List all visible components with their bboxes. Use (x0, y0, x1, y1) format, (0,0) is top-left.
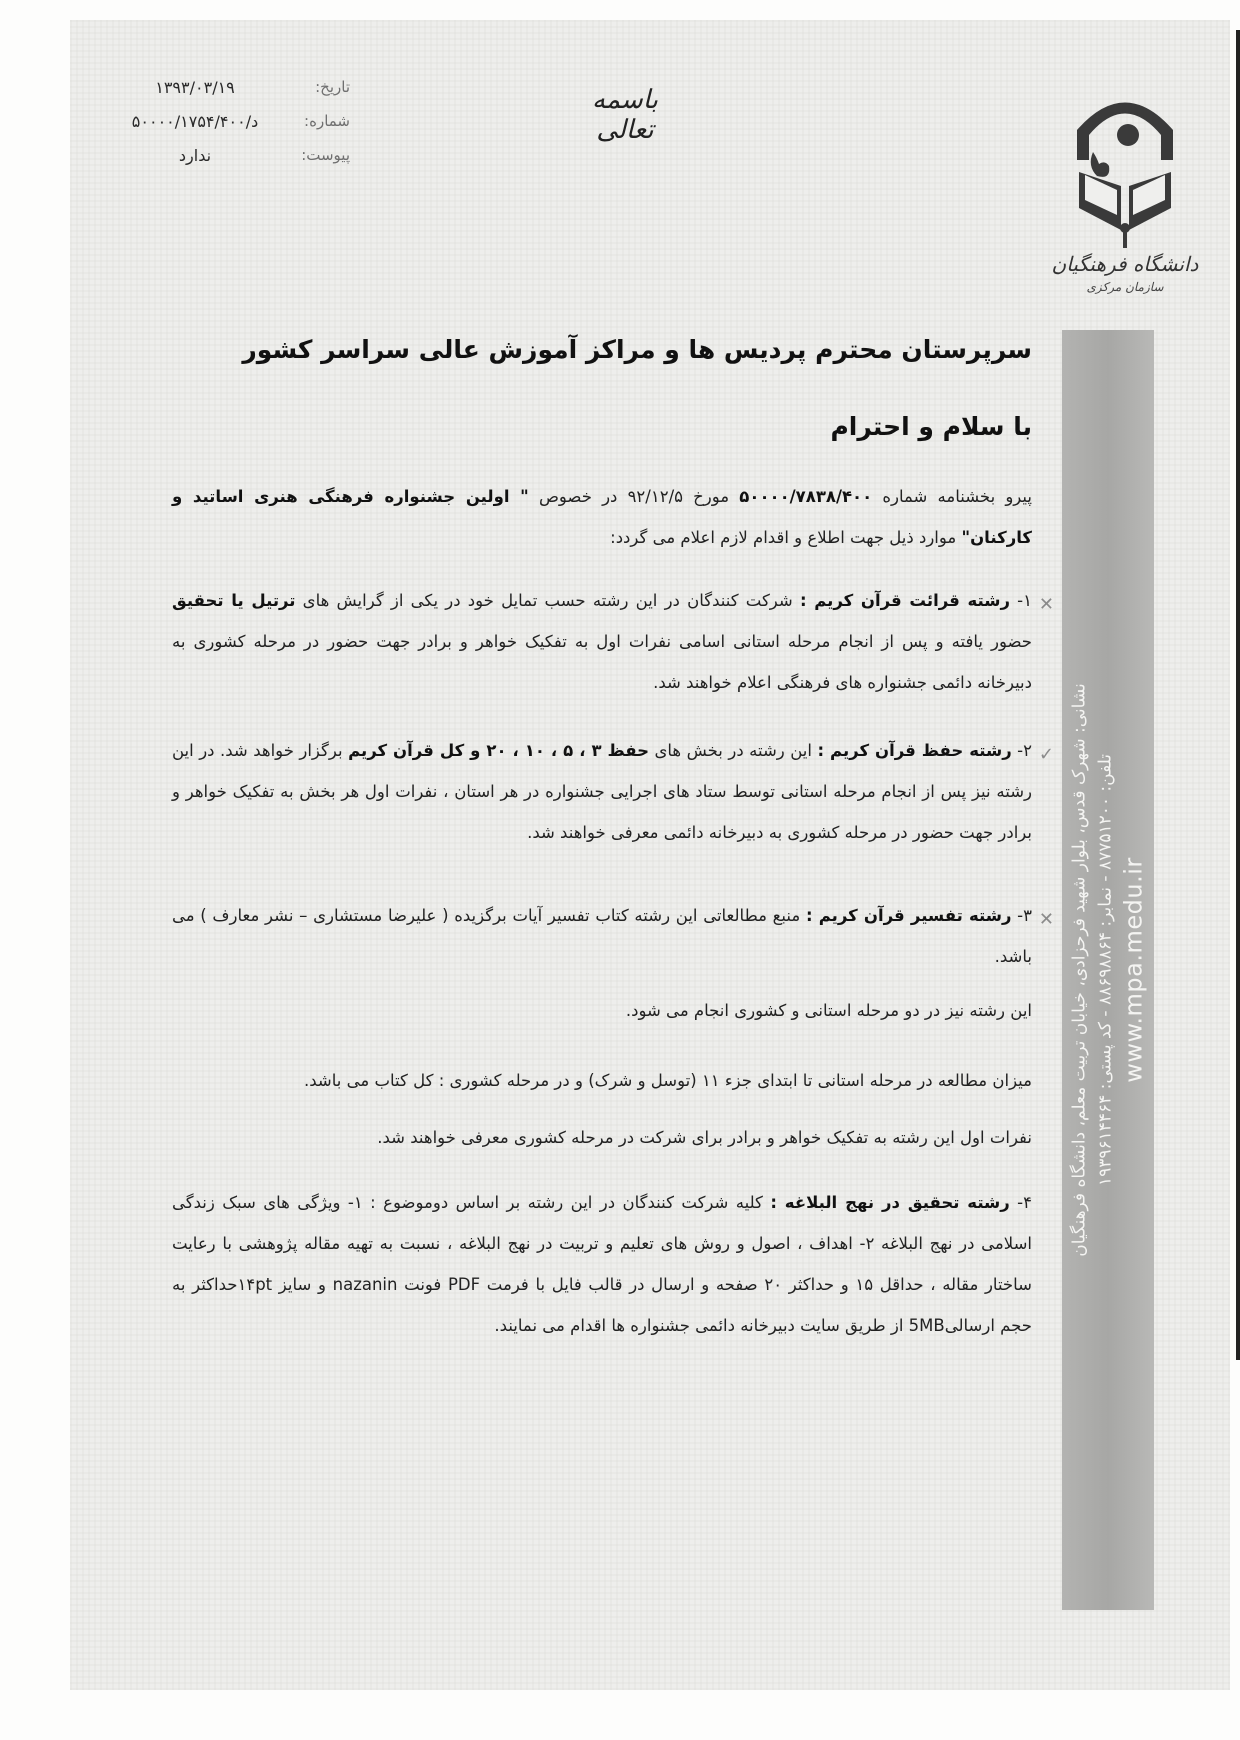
max-file-size: 5MB (909, 1316, 945, 1335)
item-title: رشته تفسیر قرآن کریم : (806, 906, 1012, 925)
font-size: ۱۴pt (237, 1275, 272, 1294)
item-quran-recitation: ✕۱- رشته قرائت قرآن کریم : شرکت کنندگان … (172, 580, 1032, 703)
recipient-heading: سرپرستان محترم پردیس ها و مراکز آموزش عا… (242, 335, 1032, 364)
item-number: ۳- (1011, 906, 1032, 925)
meta-attachment-value: ندارد (100, 146, 290, 165)
meta-number-label: شماره: (290, 112, 350, 130)
intro-prefix: پیرو بخشنامه شماره (872, 487, 1032, 506)
meta-number: شماره: د/۵۰۰۰۰/۱۷۵۴/۴۰۰ (100, 104, 350, 138)
meta-attachment-label: پیوست: (290, 146, 350, 164)
band-contact: تلفن: ۸۷۷۵۱۲۰۰ - نمابر: ۸۸۶۹۸۸۶۴ - کد پس… (1093, 683, 1119, 1256)
band-website: www.mpa.medu.ir (1119, 683, 1149, 1256)
logo-subtitle: سازمان مرکزی (1060, 280, 1190, 294)
bismillah-heading: باسمه تعالی (560, 85, 690, 145)
item-text-e: از طریق سایت دبیرخانه دائمی جشنواره ها ا… (494, 1316, 908, 1335)
meta-date-value: ۱۳۹۳/۰۳/۱۹ (100, 78, 290, 97)
side-band-text: نشانی: شهرک قدس، بلوار شهید فرحزادی، خیا… (1062, 330, 1154, 1610)
item-text-a: شرکت کنندگان در این رشته حسب تمایل خود د… (295, 591, 799, 610)
item-nahj-research: ۴- رشته تحقیق در نهج البلاغه : کلیه شرکت… (172, 1182, 1032, 1346)
item-quran-memorization: ✓۲- رشته حفظ قرآن کریم : این رشته در بخش… (172, 730, 1032, 853)
band-address: نشانی: شهرک قدس، بلوار شهید فرحزادی، خیا… (1067, 683, 1093, 1256)
scan-edge (1236, 30, 1240, 1360)
check-mark-icon: ✕ (1039, 584, 1054, 625)
item-title: رشته قرائت قرآن کریم : (800, 591, 1010, 610)
item-quran-interpretation: ✕۳- رشته تفسیر قرآن کریم : منبع مطالعاتی… (172, 895, 1032, 977)
file-format: PDF (448, 1275, 480, 1294)
meta-attachment: پیوست: ندارد (100, 138, 350, 172)
item-number: ۲- (1012, 741, 1032, 760)
intro-suffix: موارد ذیل جهت اطلاع و اقدام لازم اعلام م… (610, 528, 961, 547)
greeting-heading: با سلام و احترام (830, 412, 1032, 441)
meta-date: تاریخ: ۱۳۹۳/۰۳/۱۹ (100, 70, 350, 104)
logo-university-name: دانشگاه فرهنگیان (1050, 252, 1200, 276)
font-name: nazanin (333, 1275, 398, 1294)
item-bold-a: ترتیل یا تحقیق (172, 591, 295, 610)
item-text-c: و سایز (272, 1275, 332, 1294)
item-text-a: این رشته در بخش های (649, 741, 817, 760)
item-text-b: فونت (397, 1275, 448, 1294)
interpretation-note-winners: نفرات اول این رشته به تفکیک خواهر و براد… (172, 1117, 1032, 1158)
item-number: ۱- (1010, 591, 1032, 610)
check-mark-icon: ✓ (1039, 734, 1054, 775)
letter-meta: تاریخ: ۱۳۹۳/۰۳/۱۹ شماره: د/۵۰۰۰۰/۱۷۵۴/۴۰… (100, 70, 350, 172)
item-number: ۴- (1010, 1193, 1032, 1212)
item-title: رشته حفظ قرآن کریم : (817, 741, 1011, 760)
item-title: رشته تحقیق در نهج البلاغه : (770, 1193, 1009, 1212)
university-logo-icon (1065, 80, 1185, 250)
meta-number-value: د/۵۰۰۰۰/۱۷۵۴/۴۰۰ (100, 112, 290, 131)
item-bold-a: حفظ ۳ ، ۵ ، ۱۰ ، ۲۰ و کل قرآن کریم (348, 741, 649, 760)
intro-ref-number: ۵۰۰۰۰/۷۸۳۸/۴۰۰ (739, 487, 872, 506)
meta-date-label: تاریخ: (290, 78, 350, 96)
item-text-b: حضور یافته و پس از انجام مرحله استانی اس… (172, 632, 1032, 692)
intro-paragraph: پیرو بخشنامه شماره ۵۰۰۰۰/۷۸۳۸/۴۰۰ مورخ ۹… (172, 476, 1032, 558)
intro-mid: مورخ ۹۲/۱۲/۵ در خصوص (529, 487, 740, 506)
interpretation-note-scope: میزان مطالعه در مرحله استانی تا ابتدای ج… (172, 1060, 1032, 1101)
check-mark-icon: ✕ (1039, 899, 1054, 940)
interpretation-note-stages: این رشته نیز در دو مرحله استانی و کشوری … (172, 990, 1032, 1031)
